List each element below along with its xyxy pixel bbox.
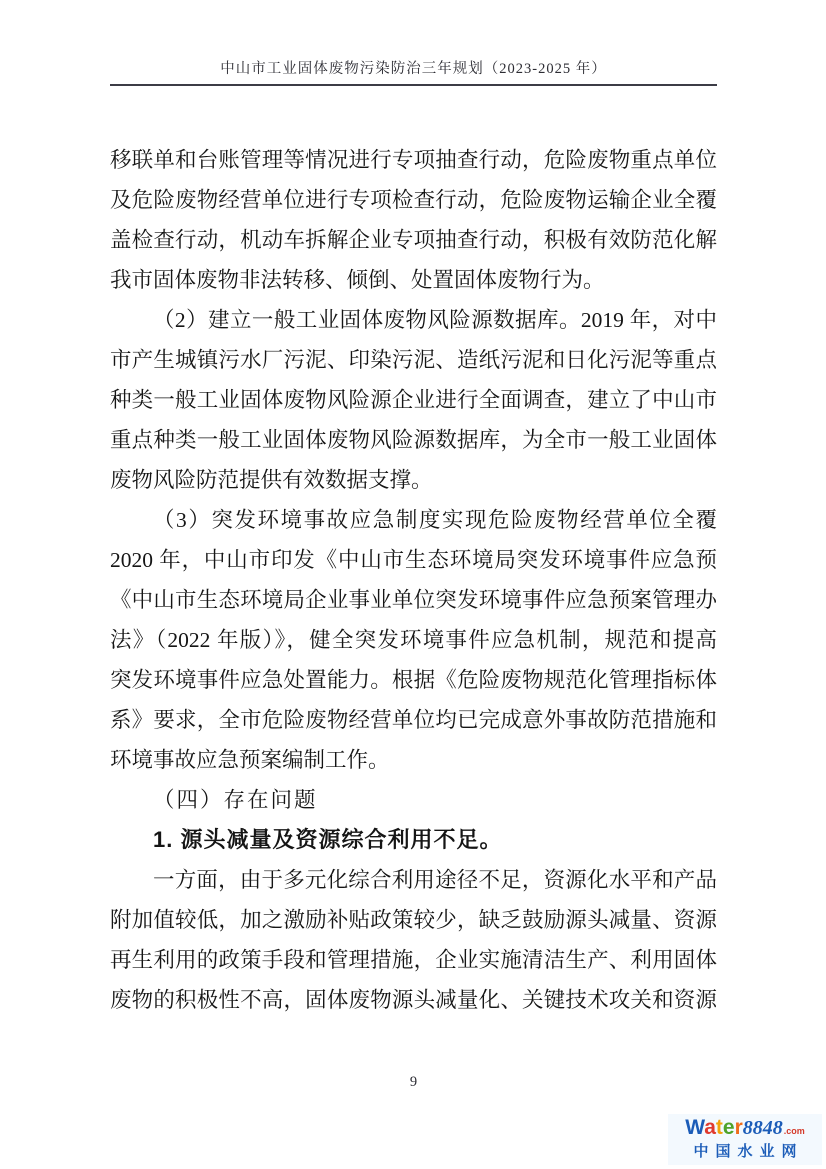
brand-letter: r [735,1116,743,1139]
paragraph-1-line: 盖检查行动，机动车拆解企业专项抽查行动，积极有效防范化解 [110,220,717,260]
document-page: 中山市工业固体废物污染防治三年规划（2023-2025 年） 移联单和台账管理等… [0,0,826,1169]
paragraph-3-line: 《中山市生态环境局企业事业单位突发环境事件应急预案管理办 [110,580,717,620]
paragraph-3-line: 法》（2022 年版）》，健全突发环境事件应急机制，规范和提高 [110,620,717,660]
brand-chinese-name: 中国水业网 [670,1142,820,1161]
paragraph-3-line: 环境事故应急预案编制工作。 [110,740,717,780]
brand-number: 8848 [743,1117,783,1139]
paragraph-4-line: 附加值较低，加之激励补贴政策较少，缺乏鼓励源头减量、资源 [110,900,717,940]
paragraph-1-line: 移联单和台账管理等情况进行专项抽查行动，危险废物重点单位 [110,140,717,180]
page-header: 中山市工业固体废物污染防治三年规划（2023-2025 年） [110,57,717,86]
paragraph-4-line: 一方面，由于多元化综合利用途径不足，资源化水平和产品 [110,860,717,900]
paragraph-2-line: （2）建立一般工业固体废物风险源数据库。2019 年，对中山 [110,300,717,340]
water8848-logo: Water8848.com [670,1117,820,1142]
paragraph-1-line: 我市固体废物非法转移、倾倒、处置固体废物行为。 [110,260,717,300]
page-number: 9 [110,1074,717,1091]
paragraph-1-line: 及危险废物经营单位进行专项检查行动，危险废物运输企业全覆 [110,180,717,220]
brand-letter: W [685,1116,704,1139]
brand-letter: e [723,1116,735,1139]
brand-letter: a [704,1116,716,1139]
brand-tld: .com [784,1126,805,1136]
paragraph-2-line: 种类一般工业固体废物风险源企业进行全面调查，建立了中山市 [110,380,717,420]
paragraph-4-line: 再生利用的政策手段和管理措施，企业实施清洁生产、利用固体 [110,940,717,980]
sub-heading-line: 1. 源头减量及资源综合利用不足。 [110,820,717,860]
paragraph-2-line: 重点种类一般工业固体废物风险源数据库，为全市一般工业固体 [110,420,717,460]
water8848-watermark: Water8848.com 中国水业网 [668,1114,822,1165]
paragraph-3-line: 突发环境事件应急处置能力。根据《危险废物规范化管理指标体 [110,660,717,700]
paragraph-3-line: （3）突发环境事故应急制度实现危险废物经营单位全覆盖。 [110,500,717,540]
paragraph-2-line: 废物风险防范提供有效数据支撑。 [110,460,717,500]
brand-letter: t [716,1116,723,1139]
brand-wordmark: Water [685,1116,743,1139]
paragraph-3-line: 2020 年，中山市印发《中山市生态环境局突发环境事件应急预案》 [110,540,717,580]
paragraph-2-line: 市产生城镇污水厂污泥、印染污泥、造纸污泥和日化污泥等重点 [110,340,717,380]
paragraph-3-line: 系》要求，全市危险废物经营单位均已完成意外事故防范措施和 [110,700,717,740]
paragraph-4-line: 废物的积极性不高，固体废物源头减量化、关键技术攻关和资源 [110,980,717,1020]
header-title: 中山市工业固体废物污染防治三年规划（2023-2025 年） [220,61,606,77]
document-body: 移联单和台账管理等情况进行专项抽查行动，危险废物重点单位及危险废物经营单位进行专… [110,140,717,1020]
section-heading-line: （四）存在问题 [110,780,717,820]
